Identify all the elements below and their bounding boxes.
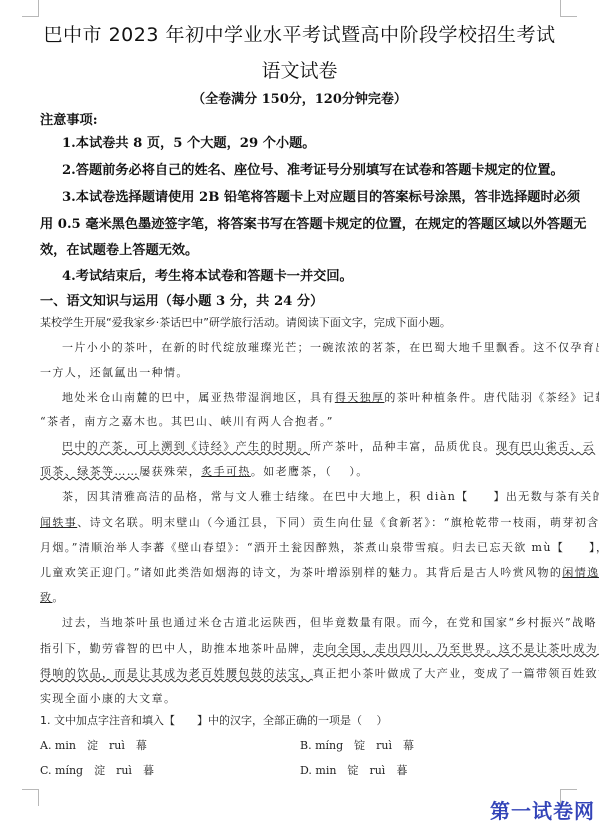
page-title: 巴中市 2023 年初中学业水平考试暨高中阶段学校招生考试 [0,20,599,47]
passage-line: 顶茶、绿茶等……屡获殊荣，炙手可热。如老鹰茶，（ ）。 [40,463,369,479]
passage-text: 真正把小茶叶做成了大产业，变成了一篇带领百姓致富、 [313,667,599,680]
passage-line: 致。 [40,589,65,605]
wavy-underlined-sentence: 得响的饮品，而是让其成为老百姓腰包鼓的法宝， [40,667,313,680]
wavy-underlined-sentence: 走向全国，走出四川，乃至世界。这不是让茶叶成为叫 [313,642,599,655]
passage-line: 月烟。”清顺治举人李蕃《壁山春望》：“酒开土瓮因醉熟，茶煮山泉带雪痕。归去已忘天… [40,539,599,555]
passage-text: 的茶叶种植条件。唐代陆羽《茶经》记载： [384,391,599,404]
passage-text: 。 [52,591,64,604]
passage-line: 闻轶事、诗文名联。明末壁山（今通江县，下同）贡生向仕显《食新茗》：“旗枪乾带一枝… [40,514,599,530]
passage-line: 茶，因其清雅高洁的品格，常与文人雅士结缘。在巴中大地上，积 diàn【 】出无数… [62,488,599,504]
passage-line: 得响的饮品，而是让其成为老百姓腰包鼓的法宝，真正把小茶叶做成了大产业，变成了一篇… [40,665,599,681]
passage-line: 地处米仓山南麓的巴中，属亚热带湿润地区，具有得天独厚的茶叶种植条件。唐代陆羽《茶… [62,389,599,405]
option-b[interactable]: B. míng 锭 ruì 幕 [300,737,414,753]
underlined-phrase: 致 [40,591,52,604]
passage-text: 地处米仓山南麓的巴中，属亚热带湿润地区，具有 [62,391,335,404]
score-note: （全卷满分 150分，120分钟完卷） [0,88,599,107]
option-c[interactable]: C. míng 淀 ruì 暮 [40,762,154,778]
underlined-phrase: 炙手可热 [201,465,251,478]
notice-item: 4.考试结束后，考生将本试卷和答题卡一并交回。 [62,265,353,284]
underlined-phrase: 闲情逸 [562,566,599,579]
passage-line: 过去，当地茶叶虽也通过米仓古道北运陕西，但毕竟数量有限。而今，在党和国家“乡村振… [62,614,597,630]
wavy-underlined-sentence: 顶茶、绿茶等…… [40,465,139,478]
watermark-logo: 第一试卷网 [490,795,595,824]
passage-text: 屡获殊荣， [139,465,201,478]
notice-item: 2.答题前务必将自己的姓名、座位号、准考证号分别填写在试卷和答题卡规定的位置。 [62,159,564,178]
passage-line: 实现全面小康的大文章。 [40,690,176,706]
passage-text: 指引下，勤劳睿智的巴中人，助推本地茶叶品牌， [40,642,313,655]
underlined-phrase: 闻轶事 [40,516,77,529]
passage-line: 儿童欢笑正迎门。”诸如此类浩如烟海的诗文，为茶叶增添别样的魅力。其背后是古人吟赏… [40,564,599,580]
page-corner-mark-top-left [22,0,39,17]
notice-item: 1.本试卷共 8 页，5 个大题，29 个小题。 [62,132,315,151]
passage-line: 巴中的产茶，可上溯到《诗经》产生的时期。所产茶叶，品种丰富，品质优良。现有巴山雀… [62,438,595,454]
passage-line: 一片小小的茶叶，在新的时代绽放璀璨光芒；一碗浓浓的茗茶，在巴蜀大地千里飘香。这不… [62,339,599,355]
notice-heading: 注意事项: [40,109,98,128]
section-intro: 某校学生开展“爱我家乡·茶话巴中”研学旅行活动。请阅读下面文字，完成下面小题。 [40,314,451,330]
passage-text: 所产茶叶，品种丰富，品质优良。 [310,440,496,453]
option-a[interactable]: A. min 淀 ruì 幕 [40,737,147,753]
wavy-underlined-sentence: 现有巴山雀舌、云 [496,440,595,453]
notice-item: 3.本试卷选择题请使用 2B 铅笔将答题卡上对应题目的答案标号涂黑，答非选择题时… [62,186,580,205]
option-d[interactable]: D. min 锭 ruì 暮 [300,762,407,778]
passage-text: 。如老鹰茶，（ ）。 [251,465,369,478]
question-stem: 1. 文中加点字注音和填入【 】中的汉字，全部正确的一项是（ ） [40,712,388,728]
passage-text: 茶，因其清雅高洁的品格，常与文人雅士结缘。在巴中大地上，积 diàn【 】出无数… [62,490,599,503]
page-corner-mark-top-right [560,0,577,17]
wavy-underlined-sentence: 巴中的产茶，可上溯到《诗经》产生的时期。 [62,440,310,453]
underlined-phrase: 得天独厚 [335,391,385,404]
page-subtitle: 语文试卷 [0,56,599,83]
section-heading: 一、语文知识与运用（每小题 3 分，共 24 分） [40,290,323,309]
passage-text: 儿童欢笑正迎门。”诸如此类浩如烟海的诗文，为茶叶增添别样的魅力。其背后是古人吟赏… [40,566,562,579]
page-corner-mark-bottom-left [22,789,39,806]
passage-line: 指引下，勤劳睿智的巴中人，助推本地茶叶品牌，走向全国，走出四川，乃至世界。这不是… [40,640,599,656]
passage-text: 、诗文名联。明末壁山（今通江县，下同）贡生向仕显《食新茗》：“旗枪乾带一枝雨，萌… [77,516,599,529]
passage-line: “茶者，南方之嘉木也。其巴山、峡川有两人合抱者。” [40,413,334,429]
passage-line: 一方人，还氤氲出一种情。 [40,364,189,380]
notice-item-continued: 效，在试题卷上答题无效。 [40,239,198,258]
notice-item-continued: 用 0.5 毫米黑色墨迹签字笔，将答案书写在答题卡规定的位置，在规定的答题区域以… [40,213,586,232]
